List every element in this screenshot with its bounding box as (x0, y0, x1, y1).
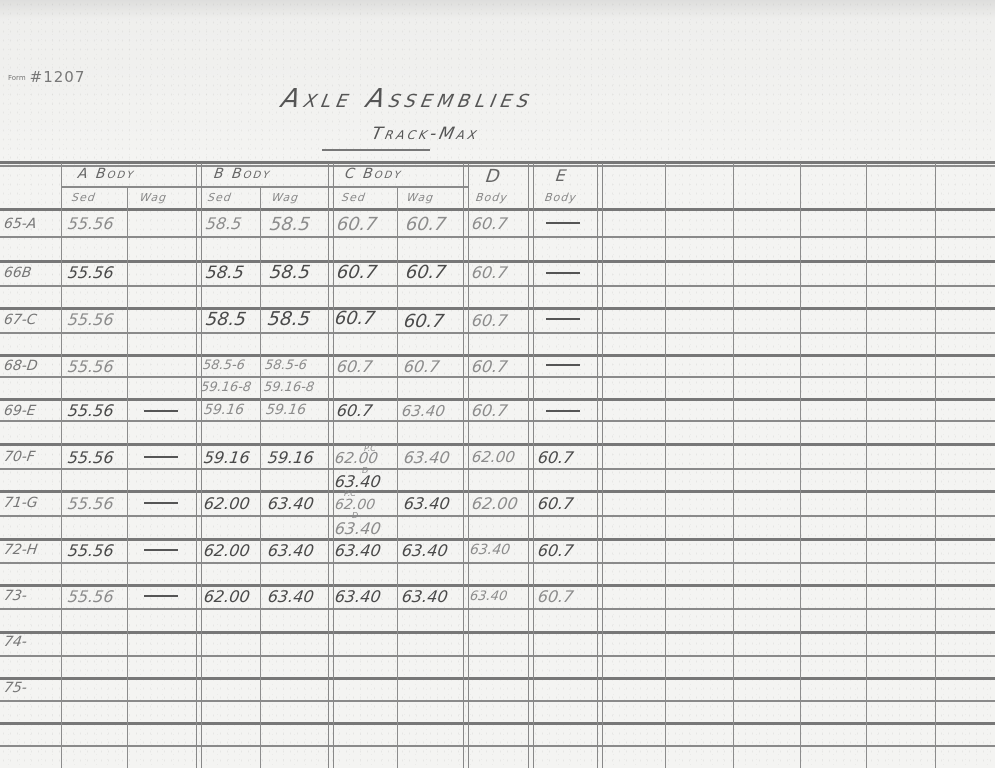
b-wag: 58.5 (266, 308, 311, 330)
c-sed-sub: 63.40 (334, 472, 382, 491)
header-a-sed: Sed (71, 191, 97, 204)
a-wag-dash (144, 410, 178, 412)
d-body: 63.40 (469, 589, 508, 604)
grid-col-line (397, 186, 398, 768)
scan-smudge (0, 0, 995, 150)
d-body: 60.7 (471, 401, 509, 420)
c-wag: 60.7 (403, 311, 446, 332)
d-body: 63.40 (469, 542, 511, 558)
grid-col-line (866, 163, 867, 768)
e-body: 60.7 (537, 587, 575, 606)
header-split-line (62, 186, 468, 188)
form-number: Form#1207 (8, 68, 85, 86)
grid-col-line (127, 186, 128, 768)
form-number-value: #1207 (30, 68, 86, 86)
c-wag: 63.40 (401, 402, 446, 420)
grid-line (0, 584, 995, 587)
grid-line (0, 608, 995, 610)
c-sed-sub-note: D (352, 511, 358, 520)
grid-col-line (260, 186, 261, 768)
b-wag: 58.5 (269, 262, 312, 283)
b-wag: 63.40 (267, 541, 315, 560)
header-d-body: Body (475, 191, 509, 204)
c-wag: 63.40 (401, 541, 449, 560)
e-body: 60.7 (537, 541, 575, 560)
row-year: 71-G (3, 495, 39, 511)
row-year: 74- (3, 634, 28, 650)
b-wag: 58.5-6 (264, 358, 308, 373)
d-body: 60.7 (471, 263, 509, 282)
a-sed: 55.56 (67, 401, 115, 420)
grid-line (0, 161, 995, 164)
d-body: 62.00 (471, 448, 516, 466)
row-year: 73- (3, 588, 28, 604)
header-bottom-line (0, 208, 995, 211)
c-sed: 60.7 (336, 262, 379, 283)
d-body: 62.00 (471, 494, 519, 513)
grid-line (0, 332, 995, 334)
grid-line (0, 655, 995, 657)
c-wag: 63.40 (403, 448, 451, 467)
row-year: 75- (3, 680, 28, 696)
grid-line (0, 515, 995, 517)
e-body: 60.7 (537, 448, 575, 467)
a-sed: 55.56 (67, 214, 115, 233)
grid-col-line (597, 163, 603, 768)
a-sed: 55.56 (67, 541, 115, 560)
header-e-body: Body (544, 191, 578, 204)
grid-line (0, 700, 995, 702)
b-sed: 58.5 (205, 263, 246, 283)
e-body: 60.7 (537, 494, 575, 513)
b-sed: 62.00 (203, 541, 251, 560)
a-wag-dash (144, 456, 178, 458)
row-year: 65-A (3, 216, 38, 232)
c-sed-note: P.C (364, 444, 376, 453)
grid-col-line (528, 163, 534, 768)
subtitle-underline (322, 149, 430, 151)
b-sed: 58.5 (205, 309, 248, 330)
d-body: 60.7 (471, 311, 509, 330)
b-sed: 58.5-6 (202, 358, 246, 373)
a-sed: 55.56 (67, 494, 115, 513)
c-wag: 60.7 (403, 357, 441, 376)
b-sed: 58.5 (205, 214, 243, 233)
c-sed-sub-note: D (362, 466, 368, 475)
header-b-body: B Body (213, 166, 273, 182)
c-wag: 60.7 (405, 262, 448, 283)
row-year: 70-F (3, 449, 36, 465)
e-body-dash (546, 410, 580, 412)
page-subtitle: Track-Max (370, 124, 482, 144)
grid-line (0, 420, 995, 422)
grid-col-line (463, 163, 469, 768)
row-year: 72-H (3, 542, 39, 558)
header-c-sed: Sed (341, 191, 367, 204)
grid-line (0, 538, 995, 541)
grid-col-line (665, 163, 666, 768)
e-body-dash (546, 222, 580, 224)
grid-col-line (61, 163, 62, 768)
b-sed: 59.16 (203, 402, 245, 418)
e-body-dash (546, 364, 580, 366)
c-wag: 60.7 (405, 214, 448, 235)
b-sed: 62.00 (203, 494, 251, 513)
b-wag: 63.40 (267, 587, 315, 606)
header-e: E (555, 166, 570, 185)
grid-col-line (196, 163, 202, 768)
c-sed: 60.7 (336, 357, 374, 376)
grid-line (0, 722, 995, 725)
c-sed-note: P.C (344, 489, 356, 498)
grid-line (0, 562, 995, 564)
header-a-body: A Body (77, 166, 137, 182)
c-sed: 60.7 (336, 214, 379, 235)
c-wag: 63.40 (403, 494, 451, 513)
grid-col-line (733, 163, 734, 768)
header-c-wag: Wag (406, 191, 435, 204)
header-c-body: C Body (344, 166, 404, 182)
row-year: 69-E (3, 403, 37, 419)
b-sed: 62.00 (203, 587, 251, 606)
grid-line (0, 285, 995, 287)
b-wag: 59.16 (265, 402, 307, 418)
a-sed: 55.56 (67, 263, 115, 282)
grid-line (0, 376, 995, 378)
b-sed: 59.16 (203, 448, 251, 467)
header-a-wag: Wag (139, 191, 168, 204)
row-year: 67-C (3, 312, 38, 328)
a-sed: 55.56 (67, 357, 115, 376)
b-wag: 63.40 (267, 494, 315, 513)
grid-line (0, 631, 995, 634)
b-wag-sub: 59.16-8 (263, 380, 315, 395)
e-body-dash (546, 318, 580, 320)
c-sed: 63.40 (334, 541, 382, 560)
b-wag: 58.5 (269, 214, 312, 235)
d-body: 60.7 (471, 214, 509, 233)
form-prefix: Form (8, 74, 26, 82)
header-b-wag: Wag (271, 191, 300, 204)
d-body: 60.7 (471, 357, 509, 376)
grid-line (0, 307, 995, 310)
grid-line (0, 490, 995, 493)
grid-line (0, 745, 995, 747)
grid-line (0, 443, 995, 446)
b-sed-sub: 59.16-8 (200, 380, 252, 395)
a-sed: 55.56 (67, 310, 115, 329)
c-sed: 60.7 (336, 401, 374, 420)
e-body-dash (546, 272, 580, 274)
header-d: D (485, 166, 504, 187)
a-wag-dash (144, 502, 178, 504)
c-wag: 63.40 (401, 587, 449, 606)
grid-line (0, 236, 995, 238)
grid-line (0, 677, 995, 680)
a-wag-dash (144, 595, 178, 597)
c-sed-sub: 63.40 (334, 519, 382, 538)
row-year: 68-D (3, 358, 39, 374)
grid-line (0, 468, 995, 470)
header-b-sed: Sed (207, 191, 233, 204)
grid-col-line (935, 163, 936, 768)
a-sed: 55.56 (67, 587, 115, 606)
a-sed: 55.56 (67, 448, 115, 467)
a-wag-dash (144, 549, 178, 551)
page-title: Axle Assemblies (279, 84, 538, 114)
row-year: 66B (3, 265, 33, 281)
grid-col-line (800, 163, 801, 768)
b-wag: 59.16 (267, 448, 315, 467)
c-sed: 60.7 (334, 308, 377, 329)
c-sed: 63.40 (334, 587, 382, 606)
